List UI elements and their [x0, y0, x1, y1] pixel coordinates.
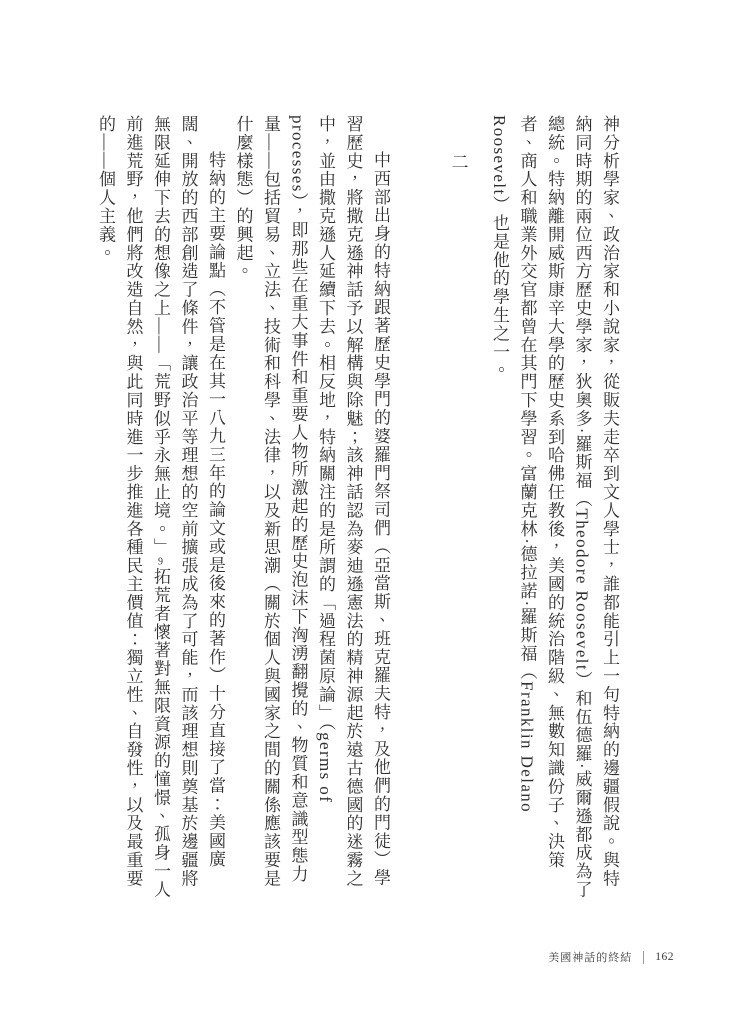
- footnote-reference: 9: [155, 557, 166, 568]
- running-title: 美國神話的終結: [548, 949, 632, 965]
- footer-divider-line: [643, 951, 644, 964]
- paragraph: 特納的主要論點（不管是在其一八九三年的論文或是後來的著作）十分直接了當：美國廣闊…: [92, 115, 230, 899]
- book-page: 神分析學家、政治家和小說家，從販夫走卒到文人學士，誰都能引上一句特納的邊疆假說。…: [0, 0, 751, 1024]
- page-footer: 美國神話的終結 162: [548, 949, 674, 965]
- page-body: 神分析學家、政治家和小說家，從販夫走卒到文人學士，誰都能引上一句特納的邊疆假說。…: [92, 115, 624, 899]
- section-number-heading: 二: [444, 115, 472, 899]
- paragraph: 中西部出身的特納跟著歷史學門的婆羅門祭司們（亞當斯、班克羅夫特，及他們的門徒）學…: [229, 115, 394, 899]
- paragraph-continued: 神分析學家、政治家和小說家，從販夫走卒到文人學士，誰都能引上一句特納的邊疆假說。…: [486, 115, 624, 899]
- page-number: 162: [655, 951, 674, 963]
